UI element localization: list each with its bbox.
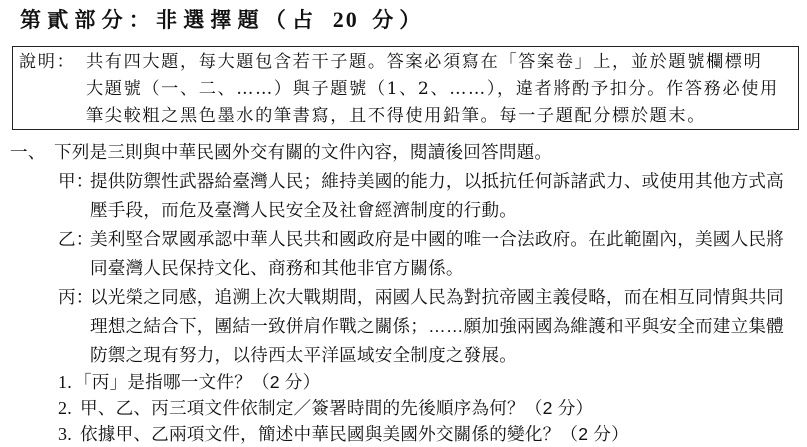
question-number: 一、 — [10, 140, 46, 164]
sub-question-text: 依據甲、乙兩項文件，簡述中華民國與美國外交關係的變化？（2 分） — [80, 422, 629, 446]
instructions-box: 說明： 共有四大題，每大題包含若干子題。答案必須寫在「答案卷」上，並於題號欄標明… — [12, 46, 799, 130]
sub-question-text: 甲、乙、丙三項文件依制定／簽署時間的先後順序為何？（2 分） — [80, 396, 593, 420]
section-title-prefix: 第貳部分：非選擇題（占 — [20, 7, 319, 32]
sub-question-number: 1. — [58, 370, 72, 394]
document-line: 理想之結合下，團結一致併肩作戰之關係；……願加強兩國為維護和平與安全而建立集體 — [90, 314, 784, 338]
instructions-line: 大題號（一、二、……）與子題號（1、2、……），違者將酌予扣分。作答務必使用 — [86, 76, 779, 103]
document-line: 壓手段，而危及臺灣人民安全及社會經濟制度的行動。 — [90, 198, 517, 222]
section-title-suffix: 分） — [372, 7, 426, 32]
document-line: 以光榮之同感，追溯上次大戰期間，兩國人民為對抗帝國主義侵略，而在相互同情與共同 — [90, 285, 784, 309]
question-stem: 下列是三則與中華民國外交有關的文件內容，閱讀後回答問題。 — [54, 140, 552, 164]
document-label: 甲： — [58, 169, 94, 193]
document-label: 丙： — [58, 285, 94, 309]
instructions-line: 共有四大題，每大題包含若干子題。答案必須寫在「答案卷」上，並於題號欄標明 — [86, 49, 762, 76]
instructions-label: 說明： — [19, 49, 75, 76]
sub-question-text: 「丙」是指哪一文件？（2 分） — [74, 370, 320, 394]
document-label: 乙： — [58, 227, 94, 251]
document-line: 美利堅合眾國承認中華人民共和國政府是中國的唯一合法政府。在此範圍內，美國人民將 — [90, 227, 784, 251]
sub-question-number: 3. — [58, 422, 72, 446]
document-line: 同臺灣人民保持文化、商務和其他非官方關係。 — [90, 256, 464, 280]
document-line: 防禦之現有努力，以待西太平洋區域安全制度之發展。 — [90, 343, 517, 367]
instructions-line: 筆尖較粗之黑色墨水的筆書寫，且不得使用鉛筆。每一子題配分標於題末。 — [86, 103, 706, 130]
section-title: 第貳部分：非選擇題（占 20 分） — [20, 5, 427, 35]
document-line: 提供防禦性武器給臺灣人民；維持美國的能力，以抵抗任何訴諸武力、或使用其他方式高 — [90, 169, 784, 193]
sub-question-number: 2. — [58, 396, 72, 420]
section-title-points: 20 — [333, 7, 359, 32]
